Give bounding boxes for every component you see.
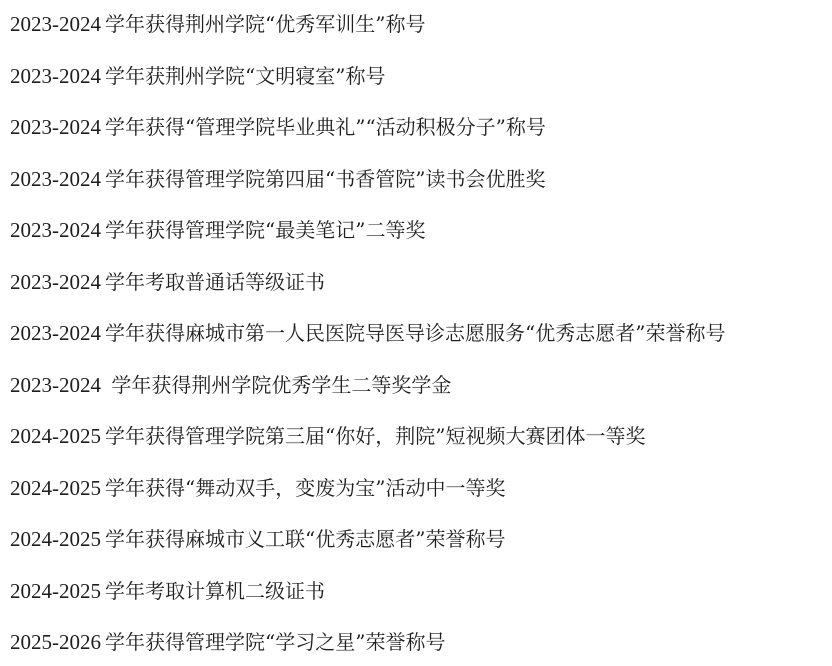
award-line: 2023-2024学年获荆州学院“文明寝室”称号	[10, 61, 385, 91]
award-line: 2023-2024 学年获得荆州学院优秀学生二等奖学金	[10, 370, 451, 400]
award-text: 学年获得麻城市义工联“优秀志愿者”荣誉称号	[105, 527, 505, 551]
award-text: 学年获得管理学院第四届“书香管院”读书会优胜奖	[105, 167, 545, 191]
award-text: 学年获得“管理学院毕业典礼”“活动积极分子”称号	[105, 115, 546, 139]
award-year: 2023-2024	[10, 218, 101, 242]
award-text: 学年获得麻城市第一人民医院导医导诊志愿服务“优秀志愿者”荣誉称号	[105, 321, 725, 345]
award-text: 学年获得管理学院第三届“你好，荆院”短视频大赛团体一等奖	[105, 424, 645, 448]
award-line: 2023-2024学年获得管理学院第四届“书香管院”读书会优胜奖	[10, 164, 545, 194]
award-text: 学年获荆州学院“文明寝室”称号	[105, 64, 385, 88]
award-line: 2023-2024学年获得“管理学院毕业典礼”“活动积极分子”称号	[10, 112, 546, 142]
award-line: 2023-2024学年获得麻城市第一人民医院导医导诊志愿服务“优秀志愿者”荣誉称…	[10, 318, 725, 348]
award-year: 2025-2026	[10, 630, 101, 654]
award-line: 2024-2025学年考取计算机二级证书	[10, 576, 325, 606]
award-year: 2023-2024	[10, 270, 101, 294]
award-year: 2023-2024	[10, 167, 101, 191]
award-line: 2024-2025学年获得管理学院第三届“你好，荆院”短视频大赛团体一等奖	[10, 421, 645, 451]
award-line: 2023-2024学年获得管理学院“最美笔记”二等奖	[10, 215, 425, 245]
award-text: 学年获得“舞动双手，变废为宝”活动中一等奖	[105, 476, 505, 500]
award-text: 学年获得管理学院“学习之星”荣誉称号	[105, 630, 445, 654]
award-text: 学年获得管理学院“最美笔记”二等奖	[105, 218, 425, 242]
award-year: 2024-2025	[10, 424, 101, 448]
award-text: 学年获得荆州学院“优秀军训生”称号	[105, 12, 425, 36]
award-year: 2024-2025	[10, 579, 101, 603]
award-line: 2023-2024学年获得荆州学院“优秀军训生”称号	[10, 9, 425, 39]
award-year: 2024-2025	[10, 476, 101, 500]
award-text: 学年获得荆州学院优秀学生二等奖学金	[105, 373, 451, 397]
award-text: 学年考取计算机二级证书	[105, 579, 325, 603]
award-year: 2023-2024	[10, 373, 101, 397]
award-text: 学年考取普通话等级证书	[105, 270, 325, 294]
award-line: 2024-2025学年获得麻城市义工联“优秀志愿者”荣誉称号	[10, 524, 505, 554]
award-year: 2023-2024	[10, 12, 101, 36]
award-line: 2024-2025学年获得“舞动双手，变废为宝”活动中一等奖	[10, 473, 505, 503]
award-year: 2024-2025	[10, 527, 101, 551]
award-year: 2023-2024	[10, 321, 101, 345]
award-line: 2025-2026学年获得管理学院“学习之星”荣誉称号	[10, 627, 445, 657]
award-line: 2023-2024学年考取普通话等级证书	[10, 267, 325, 297]
award-year: 2023-2024	[10, 64, 101, 88]
award-year: 2023-2024	[10, 115, 101, 139]
